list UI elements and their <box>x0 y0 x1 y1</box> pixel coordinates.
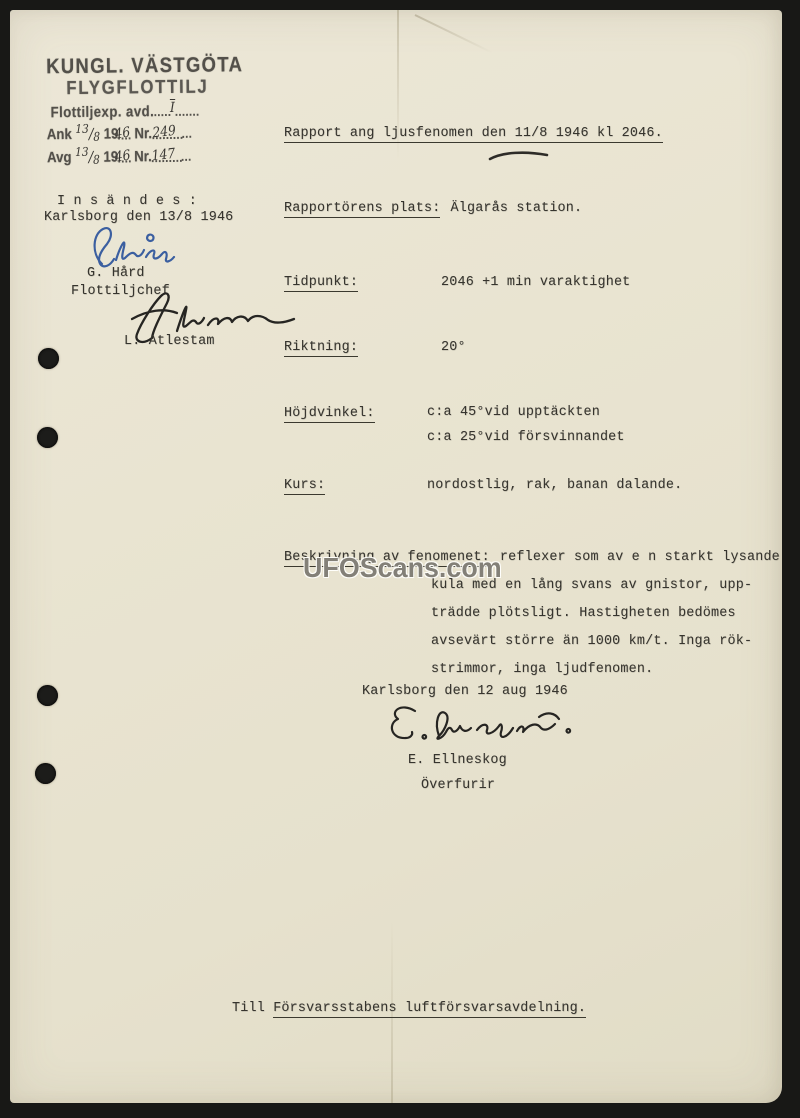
report-title: Rapport ang ljusfenomen den 11/8 1946 kl… <box>284 126 663 143</box>
stamp-dots <box>182 124 191 138</box>
field-description-line-4: avsevärt större än 1000 km/t. Inga rök- <box>431 634 752 650</box>
stamp-dept-label: Flottiljexp. avd. <box>51 103 155 121</box>
punch-hole-1 <box>38 348 59 369</box>
stamp-unit-name: KUNGL. VÄSTGÖTA <box>46 53 243 79</box>
stamp-dots: 46 <box>118 148 130 162</box>
closing-signer-title: Överfurir <box>421 778 495 794</box>
stamp-avg-month: 8 <box>93 153 100 167</box>
field-direction-value: 20° <box>441 340 466 356</box>
stamp-avg-nr-handwritten: 147 <box>151 146 176 165</box>
stamp-dept-handwritten: I <box>170 100 175 116</box>
punch-hole-2 <box>37 427 58 448</box>
stamp-ank-month: 8 <box>93 130 100 144</box>
field-description-line-3: trädde plötsligt. Hastigheten bedömes <box>431 606 736 622</box>
watermark: UFOScans.com <box>303 552 502 584</box>
stamp-ank-year-handwritten: 46 <box>114 124 131 142</box>
field-course: Kurs: <box>284 478 325 494</box>
closing-signer-name: E. Ellneskog <box>408 753 507 769</box>
signature-e-ellneskog <box>383 698 588 750</box>
stamp-ank-nr-label: Nr. <box>134 125 152 142</box>
field-elevation-label: Höjdvinkel: <box>284 406 375 423</box>
punch-hole-3 <box>37 685 58 706</box>
stamp-dots <box>154 102 170 116</box>
stamp-ank-day: 13 <box>75 122 89 136</box>
field-elevation: Höjdvinkel: <box>284 406 375 422</box>
stamp-avg-nr-label: Nr. <box>134 148 152 165</box>
stamp-avg-day: 13 <box>75 145 89 159</box>
stamp-avg-row: Avg 13/8 1946 Nr.147 <box>47 147 191 167</box>
field-time-value: 2046 +1 min varaktighet <box>441 275 630 291</box>
field-location-label: Rapportörens plats: <box>284 201 440 218</box>
stamp-dots <box>182 147 191 161</box>
field-direction: Riktning: <box>284 340 358 356</box>
stamp-dots: 46 <box>118 125 130 139</box>
stamp-avg-label: Avg <box>47 149 72 166</box>
stamp-ank-nr-handwritten: 249 <box>151 123 176 142</box>
field-course-value: nordostlig, rak, banan dalande. <box>427 478 682 494</box>
field-elevation-value-1: c:a 45°vid upptäckten <box>427 405 600 421</box>
field-description-line-5: strimmor, inga ljudfenomen. <box>431 662 653 678</box>
stamp-dots: 249 <box>152 125 182 139</box>
stamp-avg-year-handwritten: 46 <box>114 147 131 165</box>
field-location: Rapportörens plats:Älgarås station. <box>284 201 582 217</box>
stamp-dept-row: Flottiljexp. avd.I <box>51 102 199 122</box>
footer-recipient: Försvarsstabens luftförsvarsavdelning. <box>273 1001 586 1018</box>
report-title-line: Rapport ang ljusfenomen den 11/8 1946 kl… <box>284 126 663 142</box>
footer-recipient-line: Till Försvarsstabens luftförsvarsavdelni… <box>232 1001 586 1017</box>
field-description-line-1: reflexer som av e n starkt lysande <box>500 550 780 565</box>
field-time: Tidpunkt: <box>284 275 358 291</box>
sender-heading: I n s ä n d e s : <box>57 194 197 210</box>
field-course-label: Kurs: <box>284 478 325 495</box>
stamp-dots: 147 <box>152 148 182 162</box>
field-time-label: Tidpunkt: <box>284 275 358 292</box>
field-elevation-value-2: c:a 25°vid försvinnandet <box>427 430 625 446</box>
footer-prefix: Till <box>232 1001 273 1016</box>
field-direction-label: Riktning: <box>284 340 358 357</box>
field-location-value: Älgarås station. <box>450 201 582 216</box>
stamp-unit-name-2: FLYGFLOTTILJ <box>66 77 208 100</box>
stamp-ank-row: Ank 13/8 1946 Nr.249 <box>47 124 191 144</box>
stamp-ank-label: Ank <box>47 126 72 143</box>
punch-hole-4 <box>35 763 56 784</box>
document-scan: KUNGL. VÄSTGÖTA FLYGFLOTTILJ Flottiljexp… <box>0 0 800 1118</box>
handwritten-checkmark <box>487 149 551 163</box>
sender-signer2-name: L. Atlestam <box>124 334 215 350</box>
stamp-dots <box>175 102 198 116</box>
sender-signer1-name: G. Hård <box>87 266 145 282</box>
